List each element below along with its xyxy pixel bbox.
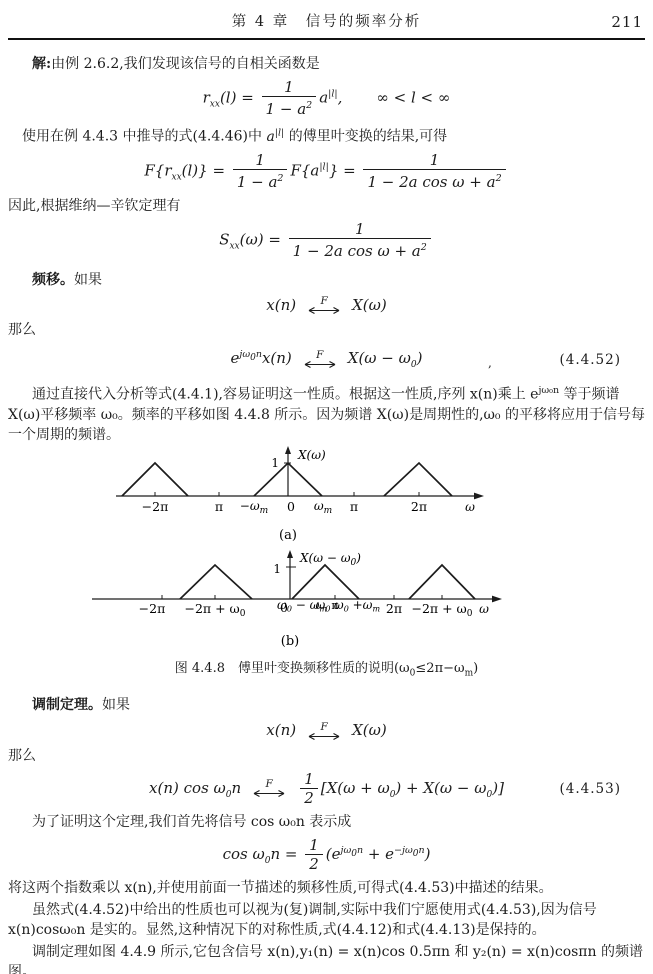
tick-label-2pi: 2π bbox=[386, 601, 402, 616]
eq-var: r bbox=[203, 89, 210, 107]
x-axis-arrow-icon bbox=[474, 492, 484, 499]
spectrum-plot-a: X(ω) 1 −2π π −ωm 0 ωm π 2π ω (a) bbox=[62, 445, 622, 549]
equation-pair-1: x(n)FX(ω) bbox=[6, 295, 647, 316]
solution-text: 由例 2.6.2,我们发现该信号的自相关函数是 bbox=[51, 56, 320, 72]
tick-label-zero: 0 bbox=[287, 499, 295, 514]
paragraph-then-1: 那么 bbox=[6, 320, 647, 340]
double-arrow-icon bbox=[305, 306, 343, 315]
fourier-arrow: F bbox=[250, 779, 288, 798]
figure-4-4-8-b: X(ω − ω0) 1 −2π −2π + ω0 0 ω0 − ωm ω0 π … bbox=[62, 549, 647, 657]
x-axis-label: ω bbox=[479, 602, 489, 616]
paragraph-multiply: 将这两个指数乘以 x(n),并使用前面一节描述的频移性质,可得式(4.4.53)… bbox=[6, 878, 647, 898]
equation-shift: ejω0nx(n)FX(ω − ω0) , (4.4.52) bbox=[6, 345, 647, 375]
spectrum-triangle bbox=[180, 565, 252, 599]
equation-fourier: F{rxx(l)} = 11 − a2F{a|l|} = 11 − 2a cos… bbox=[6, 152, 647, 191]
exp-sup: −jω0n bbox=[394, 845, 425, 856]
page-header: 第 4 章 信号的频率分析 211 bbox=[8, 10, 645, 40]
caption-text: 傅里叶变换频移性质的说明(ω0≤2π−ωm) bbox=[225, 661, 478, 676]
caption-figure-number: 图 4.4.8 bbox=[175, 661, 225, 676]
tick-label-w0: ω0 bbox=[316, 598, 331, 614]
unit-label: 1 bbox=[273, 562, 281, 576]
panel-label-b: (b) bbox=[281, 634, 299, 649]
book-page: 第 4 章 信号的频率分析 211 解:由例 2.6.2,我们发现该信号的自相关… bbox=[0, 0, 653, 974]
double-arrow-icon bbox=[301, 360, 339, 369]
equation-modulation: x(n) cos ω0nF12[X(ω + ω0) + X(ω − ω0)] (… bbox=[6, 771, 647, 807]
fourier-arrow: F bbox=[301, 350, 339, 369]
unit-label: 1 bbox=[271, 456, 279, 470]
tick-label-pi-right: π bbox=[350, 499, 358, 514]
fraction: 11 − a2 bbox=[262, 79, 317, 118]
x-axis-label: ω bbox=[465, 500, 475, 514]
shift-lead: 频移。 bbox=[32, 272, 74, 288]
paragraph-property: 通过直接代入分析等式(4.4.1),容易证明这一性质。根据这一性质,序列 x(n… bbox=[6, 381, 647, 445]
paragraph-then-2: 那么 bbox=[6, 746, 647, 766]
fourier-arrow: F bbox=[305, 296, 343, 315]
figure-caption: 图 4.4.8 傅里叶变换频移性质的说明(ω0≤2π−ωm) bbox=[6, 659, 647, 684]
x-axis-arrow-icon bbox=[492, 595, 502, 602]
tick-label-neg2pi-w0: −2π + ω0 bbox=[185, 601, 246, 619]
spectrum-plot-b: X(ω − ω0) 1 −2π −2π + ω0 0 ω0 − ωm ω0 π … bbox=[62, 549, 622, 657]
figure-4-4-8-a: X(ω) 1 −2π π −ωm 0 ωm π 2π ω (a) bbox=[62, 445, 647, 549]
paragraph-modulation-figure: 调制定理如图 4.4.9 所示,它包含信号 x(n),y₁(n) = x(n)c… bbox=[6, 942, 647, 974]
fraction-denominator: 1 − a2 bbox=[262, 96, 317, 118]
panel-label-a: (a) bbox=[279, 528, 297, 543]
tick-label-neg2pi: −2π bbox=[142, 499, 169, 514]
equation-cosine: cos ω0n = 12(ejω0n + e−jω0n) bbox=[6, 837, 647, 873]
fraction-half: 12 bbox=[305, 837, 323, 873]
spectrum-triangle bbox=[409, 565, 475, 599]
spectrum-triangle bbox=[384, 463, 452, 496]
fourier-arrow: F bbox=[305, 722, 343, 741]
paragraph-although: 虽然式(4.4.52)中给出的性质也可以视为(复)调制,实际中我们宁愿使用式(4… bbox=[6, 900, 647, 940]
fraction: 11 − a2 bbox=[233, 152, 288, 191]
double-arrow-icon bbox=[305, 732, 343, 741]
tick-label-right-2pi-w0: −2π + ω0 bbox=[412, 601, 473, 619]
eq-condition: ∞ < l < ∞ bbox=[376, 89, 450, 107]
fraction-numerator: 1 bbox=[262, 79, 317, 96]
y-axis-label: X(ω) bbox=[297, 448, 326, 462]
equation-number-4452: (4.4.52) bbox=[560, 350, 621, 370]
paragraph-solution: 解:由例 2.6.2,我们发现该信号的自相关函数是 bbox=[6, 54, 647, 74]
double-arrow-icon bbox=[250, 789, 288, 798]
y-axis-arrow-icon bbox=[285, 446, 291, 454]
exp-sup: jω0n bbox=[239, 349, 262, 360]
paragraph-therefore: 因此,根据维纳—辛钦定理有 bbox=[6, 196, 647, 216]
tick-label-neg-wm: −ωm bbox=[240, 499, 268, 516]
fraction: 11 − 2a cos ω + a2 bbox=[363, 152, 505, 191]
equation-rxx: rxx(l) = 11 − a2a|l|,∞ < l < ∞ bbox=[6, 79, 647, 118]
eq-args: (l) = bbox=[220, 89, 259, 107]
tick-label-w0-plus-wm: ω0 +ωm bbox=[334, 598, 381, 614]
equation-sxx: Sxx(ω) = 11 − 2a cos ω + a2 bbox=[6, 221, 647, 260]
paragraph-modulation-heading: 调制定理。如果 bbox=[6, 695, 647, 715]
tick-label-neg2pi: −2π bbox=[139, 601, 166, 616]
eq-factor-sup: |l| bbox=[328, 89, 337, 100]
solution-lead: 解: bbox=[32, 56, 51, 72]
tick-label-2pi: 2π bbox=[411, 499, 427, 514]
tick-label-pi-left: π bbox=[215, 499, 223, 514]
y-axis-arrow-icon bbox=[287, 550, 293, 558]
paragraph-shift-heading: 频移。如果 bbox=[6, 270, 647, 290]
inline-math-a: a|l| bbox=[266, 129, 284, 145]
paragraph-prove: 为了证明这个定理,我们首先将信号 cos ω₀n 表示成 bbox=[6, 812, 647, 832]
inline-exp-sup: jω₀n bbox=[538, 385, 559, 396]
page-number: 211 bbox=[591, 12, 643, 32]
equation-number-4453: (4.4.53) bbox=[560, 779, 621, 799]
fraction: 11 − 2a cos ω + a2 bbox=[289, 221, 431, 260]
exp-sup: jω0n bbox=[341, 845, 364, 856]
eq-factor: a bbox=[319, 89, 328, 107]
y-axis-label: X(ω − ω0) bbox=[299, 551, 361, 568]
eq-sub: xx bbox=[210, 100, 220, 110]
fraction-half: 12 bbox=[300, 771, 318, 807]
paragraph-use: 使用在例 4.4.3 中推导的式(4.4.46)中 a|l| 的傅里叶变换的结果… bbox=[6, 123, 647, 147]
equation-pair-2: x(n)FX(ω) bbox=[6, 720, 647, 741]
spectrum-triangle bbox=[292, 565, 359, 599]
spectrum-triangle bbox=[122, 463, 188, 496]
modulation-lead: 调制定理。 bbox=[32, 697, 102, 713]
scan-artifact-comma: , bbox=[488, 353, 492, 373]
chapter-title: 第 4 章 信号的频率分析 bbox=[62, 12, 591, 32]
tick-label-wm: ωm bbox=[314, 499, 332, 516]
